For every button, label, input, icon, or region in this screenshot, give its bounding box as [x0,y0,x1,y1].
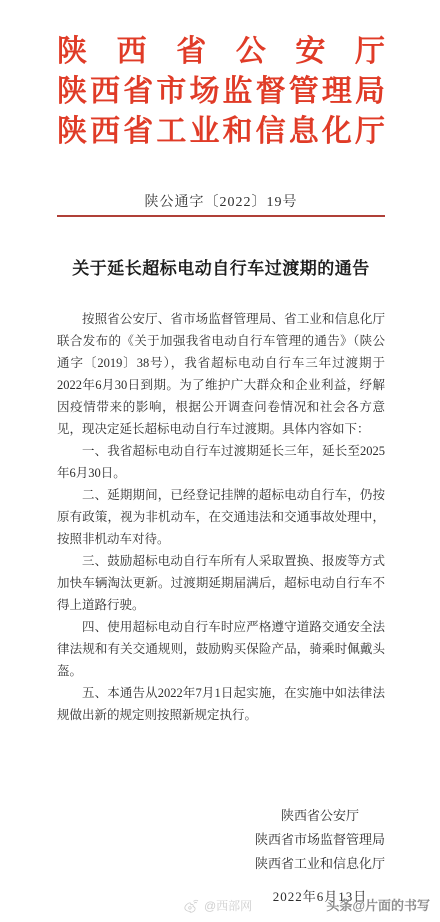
authority-line-1: 陕西省公安厅 [57,32,385,72]
notice-document: 陕西省公安厅 陕西省市场监督管理局 陕西省工业和信息化厅 陕公通字〔2022〕1… [0,0,440,922]
paragraph-intro: 按照省公安厅、省市场监督管理局、省工业和信息化厅联合发布的《关于加强我省电动自行… [57,308,385,440]
weibo-watermark: @西部网 [183,898,252,914]
notice-body: 按照省公安厅、省市场监督管理局、省工业和信息化厅联合发布的《关于加强我省电动自行… [57,308,385,726]
authority-line-3: 陕西省工业和信息化厅 [57,112,385,152]
watermark-row: @西部网 头条@片面的书写 [0,896,440,914]
paragraph-item-3: 三、鼓励超标电动自行车所有人采取置换、报废等方式加快车辆淘汰更新。过渡期延期届满… [57,550,385,616]
authority-line-2: 陕西省市场监督管理局 [57,72,385,112]
paragraph-item-2: 二、延期期间，已经登记挂牌的超标电动自行车，仍按原有政策，视为非机动车，在交通违… [57,484,385,550]
signature-block: 陕西省公安厅 陕西省市场监督管理局 陕西省工业和信息化厅 2022年6月13日 [255,804,385,906]
weibo-icon [183,899,200,913]
red-divider [57,215,385,217]
signature-authority-2: 陕西省市场监督管理局 [255,828,385,852]
letterhead: 陕西省公安厅 陕西省市场监督管理局 陕西省工业和信息化厅 [57,32,385,152]
notice-title: 关于延长超标电动自行车过渡期的通告 [57,257,385,281]
toutiao-watermark: 头条@片面的书写 [326,898,430,914]
signature-authority-1: 陕西省公安厅 [281,804,359,828]
paragraph-item-1: 一、我省超标电动自行车过渡期延长三年，延长至2025年6月30日。 [57,440,385,484]
paragraph-item-4: 四、使用超标电动自行车时应严格遵守道路交通安全法律法规和有关交通规则，鼓励购买保… [57,616,385,682]
paragraph-item-5: 五、本通告从2022年7月1日起实施，在实施中如法律法规做出新的规定则按照新规定… [57,682,385,726]
signature-authority-3: 陕西省工业和信息化厅 [255,852,385,876]
document-number: 陕公通字〔2022〕19号 [57,194,385,212]
weibo-watermark-label: @西部网 [204,898,252,914]
